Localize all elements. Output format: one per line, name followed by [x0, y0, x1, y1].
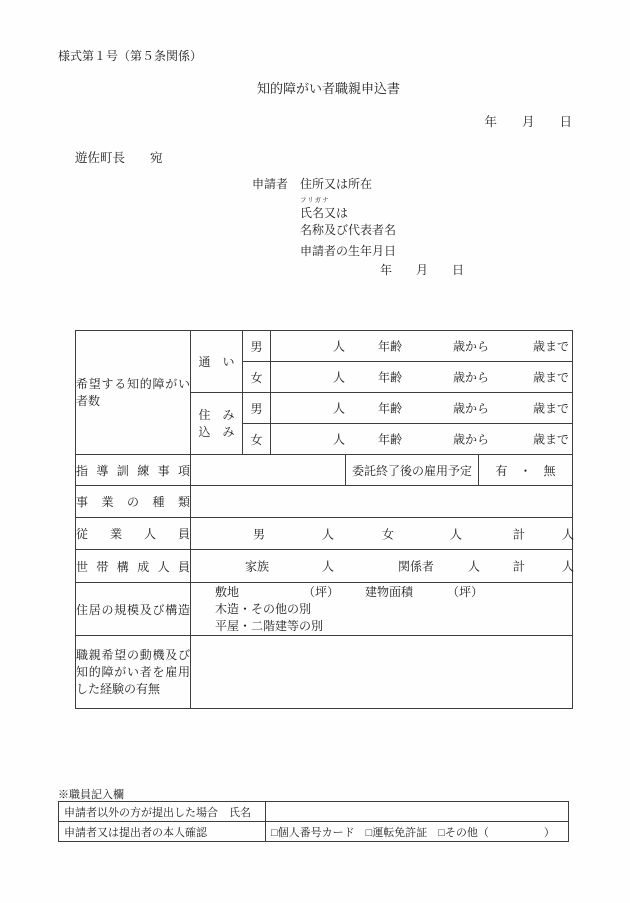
person-unit-label: 人	[562, 558, 574, 575]
table-row: 申請者以外の方が提出した場合 氏名	[59, 802, 569, 822]
applicant-label: 申請者	[252, 176, 290, 278]
business-type-label: 事業の種類	[76, 486, 191, 518]
post-commission-label: 委託終了後の雇用予定	[346, 455, 479, 486]
table-row: 住居の規模及び構造 敷地 （坪） 建物面積 （坪） 木造・その他の別 平屋・二階…	[76, 583, 573, 636]
submitter-name-label: 申請者以外の方が提出した場合 氏名	[59, 802, 266, 822]
wish-count-label: 希望する知的障がい者数	[76, 331, 191, 455]
tsubo-label: （坪）	[303, 584, 339, 601]
household-label: 世帯構成人員	[76, 550, 191, 583]
gender-male-label: 男	[243, 393, 271, 424]
furigana-label: フリガナ	[300, 197, 464, 205]
guidance-input-cell	[191, 455, 346, 486]
employees-label: 従業人員	[76, 518, 191, 550]
age-from-label: 歳から	[453, 338, 489, 355]
identity-check-options: □個人番号カード □運転免許証 □その他（ ）	[266, 822, 569, 842]
person-unit-label: 人	[333, 338, 345, 355]
age-from-label: 歳から	[453, 431, 489, 448]
wish-detail-cell: 人 年齢 歳から 歳まで	[271, 424, 573, 455]
table-row: 職親希望の動機及び知的障がい者を雇用した経験の有無	[76, 636, 573, 709]
person-unit-label: 人	[333, 431, 345, 448]
main-form-table: 希望する知的障がい者数 通 い 男 人 年齢 歳から 歳まで 女 人 年齢 歳か…	[75, 330, 573, 709]
person-unit-label: 人	[333, 400, 345, 417]
person-unit-label: 人	[322, 525, 334, 542]
form-number: 様式第１号（第５条関係）	[58, 47, 202, 64]
table-row: 希望する知的障がい者数 通 い 男 人 年齢 歳から 歳まで	[76, 331, 573, 362]
age-to-label: 歳まで	[533, 431, 569, 448]
motive-input-cell	[191, 636, 573, 709]
staff-entry-table: 申請者以外の方が提出した場合 氏名 申請者又は提出者の本人確認 □個人番号カード…	[58, 801, 569, 842]
date-line: 年 月 日	[484, 112, 572, 130]
applicant-name-label-1: 氏名又は	[300, 205, 464, 221]
family-label: 家族	[245, 558, 269, 575]
page-title: 知的障がい者職親申込書	[257, 78, 400, 97]
commute-label: 通 い	[191, 331, 243, 393]
applicant-name-label-2: 名称及び代表者名	[300, 222, 464, 238]
age-label: 年齢	[378, 369, 402, 386]
guidance-label: 指導訓練事項	[76, 455, 191, 486]
stories-type-line: 平屋・二階建等の別	[191, 618, 572, 635]
person-unit-label: 人	[450, 525, 462, 542]
business-type-input-cell	[191, 486, 573, 518]
applicant-block: 申請者 住所又は所在 フリガナ 氏名又は 名称及び代表者名 申請者の生年月日 年…	[252, 176, 464, 278]
motive-label: 職親希望の動機及び知的障がい者を雇用した経験の有無	[76, 636, 191, 709]
person-unit-label: 人	[468, 558, 480, 575]
identity-check-label: 申請者又は提出者の本人確認	[59, 822, 266, 842]
total-label: 計	[513, 525, 525, 542]
building-area-label: 建物面積	[365, 584, 413, 601]
age-to-label: 歳まで	[533, 338, 569, 355]
livein-label-line2: 込 み	[191, 424, 242, 441]
age-from-label: 歳から	[453, 369, 489, 386]
age-to-label: 歳まで	[533, 369, 569, 386]
table-row: 世帯構成人員 家族 人 関係者 人 計 人	[76, 550, 573, 583]
gender-female-label: 女	[243, 424, 271, 455]
gender-female-label: 女	[243, 362, 271, 393]
tsubo-label: （坪）	[447, 584, 483, 601]
wish-detail-cell: 人 年齢 歳から 歳まで	[271, 362, 573, 393]
structure-type-line: 木造・その他の別	[191, 601, 572, 618]
age-label: 年齢	[378, 400, 402, 417]
relative-label: 関係者	[398, 558, 434, 575]
wish-detail-cell: 人 年齢 歳から 歳まで	[271, 331, 573, 362]
site-label: 敷地	[215, 584, 239, 601]
age-label: 年齢	[378, 431, 402, 448]
livein-label-line1: 住 み	[191, 407, 242, 424]
residence-detail-cell: 敷地 （坪） 建物面積 （坪） 木造・その他の別 平屋・二階建等の別	[191, 583, 573, 636]
person-unit-label: 人	[562, 525, 574, 542]
table-row: 従業人員 男 人 女 人 計 人	[76, 518, 573, 550]
age-from-label: 歳から	[453, 400, 489, 417]
household-detail-cell: 家族 人 関係者 人 計 人	[191, 550, 573, 583]
table-row: 指導訓練事項 委託終了後の雇用予定 有 ・ 無	[76, 455, 573, 486]
table-row: 事業の種類	[76, 486, 573, 518]
age-to-label: 歳まで	[533, 400, 569, 417]
applicant-lines: 住所又は所在 フリガナ 氏名又は 名称及び代表者名 申請者の生年月日 年 月 日	[300, 176, 464, 278]
person-unit-label: 人	[333, 369, 345, 386]
age-label: 年齢	[378, 338, 402, 355]
employees-detail-cell: 男 人 女 人 計 人	[191, 518, 573, 550]
availability-options: 有 ・ 無	[479, 455, 573, 486]
applicant-birthdate-label: 申請者の生年月日	[300, 243, 464, 259]
applicant-address-label: 住所又は所在	[300, 176, 464, 192]
applicant-birthdate-line: 年 月 日	[300, 262, 464, 278]
employees-male-label: 男	[253, 525, 265, 542]
wish-detail-cell: 人 年齢 歳から 歳まで	[271, 393, 573, 424]
gender-male-label: 男	[243, 331, 271, 362]
residence-line-1: 敷地 （坪） 建物面積 （坪）	[191, 584, 572, 601]
residence-label: 住居の規模及び構造	[76, 583, 191, 636]
employees-female-label: 女	[382, 525, 394, 542]
livein-label: 住 み 込 み	[191, 393, 243, 455]
submitter-name-input-cell	[266, 802, 569, 822]
staff-entry-section-title: ※職員記入欄	[58, 786, 124, 802]
total-label: 計	[513, 558, 525, 575]
person-unit-label: 人	[322, 558, 334, 575]
table-row: 申請者又は提出者の本人確認 □個人番号カード □運転免許証 □その他（ ）	[59, 822, 569, 842]
addressee: 遊佐町長 宛	[75, 148, 163, 166]
form-page: 様式第１号（第５条関係） 知的障がい者職親申込書 年 月 日 遊佐町長 宛 申請…	[0, 0, 630, 903]
